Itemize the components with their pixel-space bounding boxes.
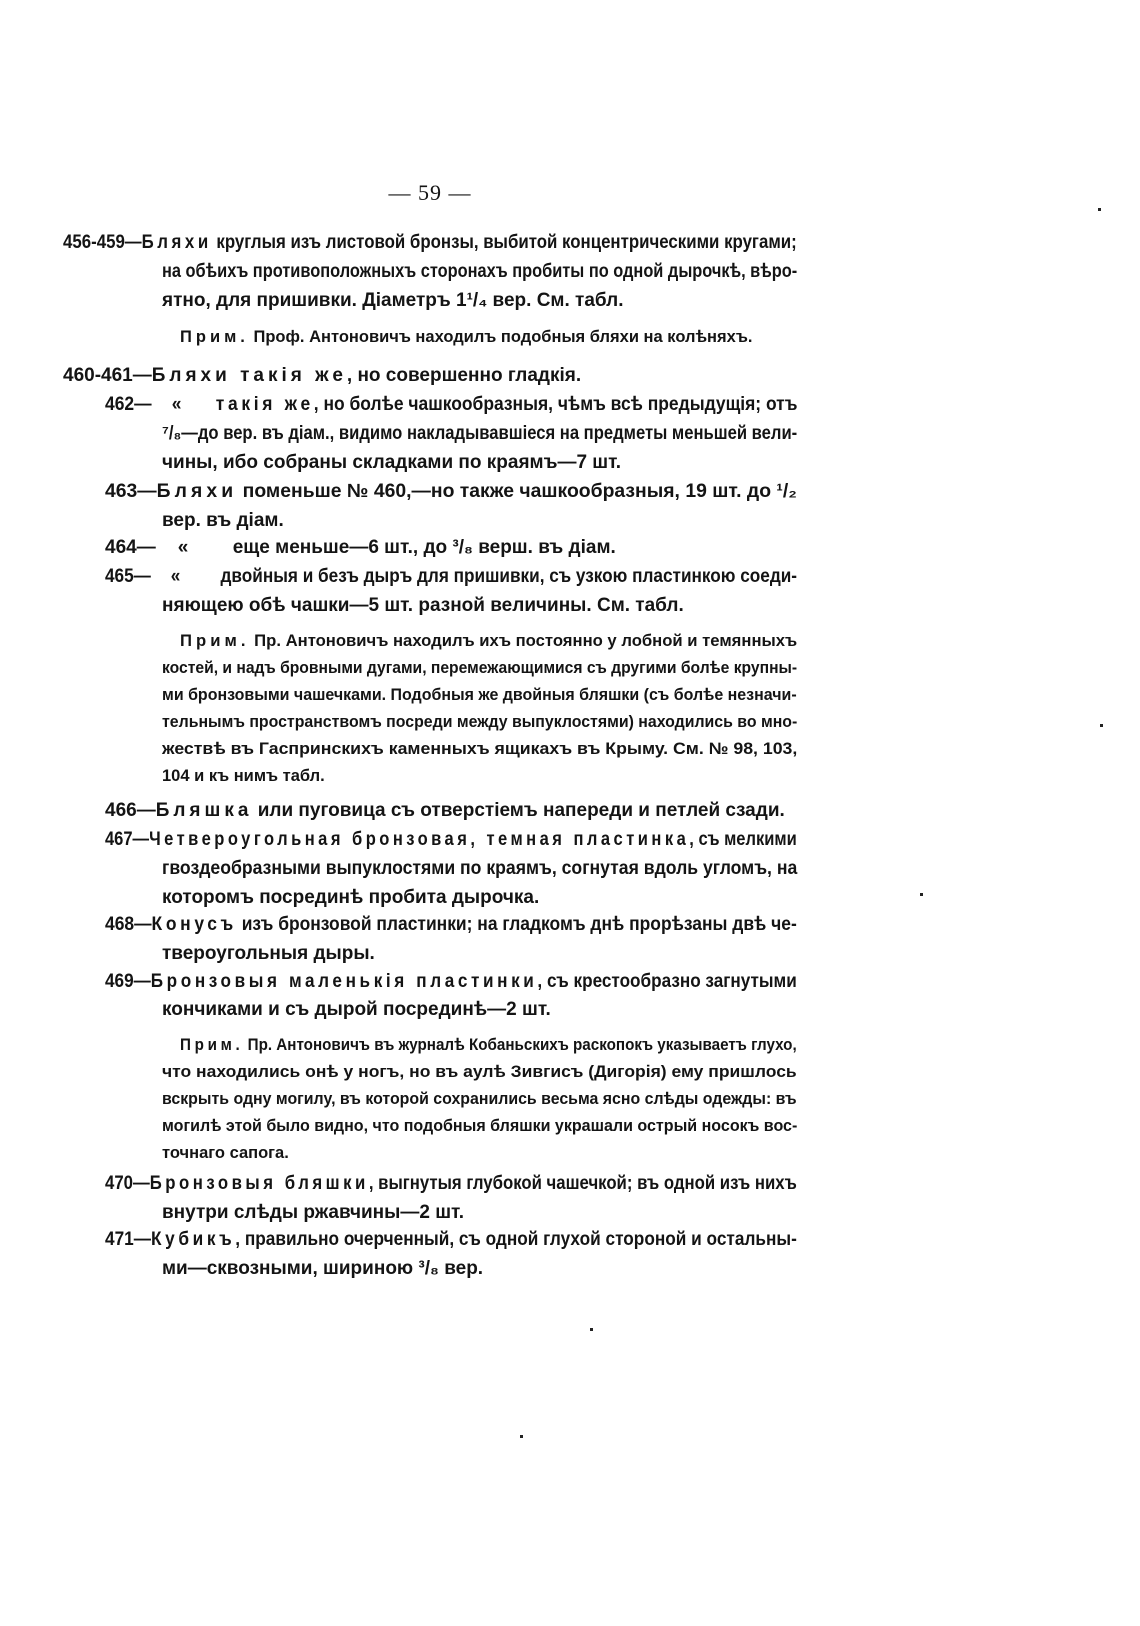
item-title: Бляхи <box>157 481 238 502</box>
item-text: , но болѣе чашкообразныя, чѣмъ всѣ преды… <box>314 394 798 415</box>
item-text: Пр. Антоновичъ въ журналѣ Кобаньскихъ ра… <box>243 1036 796 1054</box>
note-line: могилѣ этой было видно, что подобныя бля… <box>162 1112 797 1140</box>
entry-line: 460-461—Бляхи такія же, но совершенно гл… <box>63 362 581 390</box>
item-number: 467— <box>105 829 149 850</box>
item-number: 470— <box>105 1173 150 1194</box>
entry-line: твероугольныя дыры. <box>162 940 375 968</box>
item-title: Бляшка <box>156 800 253 821</box>
item-title: такія же <box>216 394 314 415</box>
item-title: Четвероугольная бронзовая, темная пласти… <box>149 829 689 850</box>
entry-line: 463—Бляхи поменьше № 460,—но также чашко… <box>105 478 797 506</box>
entry-line: чины, ибо собраны складками по краямъ—7 … <box>162 449 621 477</box>
entry-line: которомъ посрединѣ пробита дырочка. <box>162 884 539 912</box>
entry-line: 466—Бляшка или пуговица съ отверстіемъ н… <box>105 797 785 825</box>
note-line: тельнымъ пространствомъ посреди между вы… <box>162 708 797 736</box>
note-line: костей, и надъ бровными дугами, перемежа… <box>162 654 797 682</box>
entry-line: вер. въ діам. <box>162 507 284 535</box>
entry-line: 467—Четвероугольная бронзовая, темная пл… <box>105 826 797 854</box>
entry-line: ⁷/₈—до вер. въ діам., видимо накладывавш… <box>162 420 797 448</box>
page-number: — 59 — <box>0 180 860 206</box>
item-text: , правильно очерченный, съ одной глухой … <box>235 1229 797 1250</box>
note-line: что находились онѣ у ногъ, но въ аулѣ Зи… <box>162 1058 797 1086</box>
note-line: вскрыть одну могилу, въ которой сохранил… <box>162 1085 797 1113</box>
note-label: Прим. <box>180 328 249 346</box>
entry-line: 470—Бронзовыя бляшки, выгнутыя глубокой … <box>105 1170 797 1198</box>
item-number: 460-461— <box>63 365 152 386</box>
ditto-mark: « <box>171 563 221 591</box>
item-title: Бляхи <box>142 232 212 253</box>
item-text: , съ крестообразно загнутыми <box>537 971 796 992</box>
item-text: , съ мелкими <box>689 829 796 850</box>
scan-speck <box>1100 724 1103 727</box>
scan-speck <box>520 1435 523 1438</box>
scan-speck <box>590 1328 593 1331</box>
item-title: Кубикъ <box>151 1229 235 1250</box>
note-line: Прим. Пр. Антоновичъ находилъ ихъ постоя… <box>180 627 797 655</box>
ditto-mark: « <box>178 534 233 562</box>
ditto-mark: « <box>172 391 216 419</box>
item-text: круглыя изъ листовой бронзы, выбитой кон… <box>212 232 797 253</box>
item-text: или пуговица съ отверстіемъ напереди и п… <box>252 800 784 821</box>
entry-line: 471—Кубикъ, правильно очерченный, съ одн… <box>105 1226 797 1254</box>
item-number: 462— <box>105 394 152 415</box>
entry-line: кончиками и съ дырой посрединѣ—2 шт. <box>162 996 551 1024</box>
item-text: , но совершенно гладкія. <box>347 365 581 386</box>
note-label: Прим. <box>180 632 250 650</box>
note-line: точнаго сапога. <box>162 1139 289 1167</box>
item-text: двойныя и безъ дыръ для пришивки, съ узк… <box>221 566 798 587</box>
scan-speck <box>920 893 923 896</box>
scan-speck <box>1098 208 1101 211</box>
item-number: 465— <box>105 566 151 587</box>
note-line: жествѣ въ Гаспринскихъ каменныхъ ящикахъ… <box>162 735 797 763</box>
item-number: 469— <box>105 971 151 992</box>
note-line: ми бронзовыми чашечками. Подобныя же дво… <box>162 681 797 709</box>
entry-line: внутри слѣды ржавчины—2 шт. <box>162 1199 464 1227</box>
item-text: поменьше № 460,—но также чашкообразныя, … <box>237 481 797 502</box>
entry-line: 462—«такія же, но болѣе чашкообразныя, ч… <box>105 391 797 419</box>
item-title: Бронзовыя маленькія пластинки <box>151 971 538 992</box>
item-number: 466— <box>105 800 156 821</box>
item-title: Бляхи такія же <box>152 365 347 386</box>
entry-line: гвоздеобразными выпуклостями по краямъ, … <box>162 855 797 883</box>
item-number: 464— <box>105 537 156 558</box>
entry-line: ми—сквозными, шириною ³/₈ вер. <box>162 1255 483 1283</box>
entry-line: 464—«еще меньше—6 шт., до ³/₈ верш. въ д… <box>105 534 616 562</box>
item-text: , выгнутыя глубокой чашечкой; въ одной и… <box>369 1173 797 1194</box>
entry-line: няющею обѣ чашки—5 шт. разной величины. … <box>162 592 684 620</box>
note-line: Прим. Пр. Антоновичъ въ журналѣ Кобаньск… <box>180 1031 797 1059</box>
item-text: изъ бронзовой пластинки; на гладкомъ днѣ… <box>237 914 797 935</box>
item-title: Бронзовыя бляшки <box>150 1173 369 1194</box>
note-label: Прим. <box>180 1036 243 1054</box>
item-number: 463— <box>105 481 157 502</box>
entry-line: 469—Бронзовыя маленькія пластинки, съ кр… <box>105 968 797 996</box>
item-number: 471— <box>105 1229 151 1250</box>
entry-line: 468—Конусъ изъ бронзовой пластинки; на г… <box>105 911 797 939</box>
item-number: 456-459— <box>63 232 142 253</box>
item-number: 468— <box>105 914 152 935</box>
entry-line: 456-459—Бляхи круглыя изъ листовой бронз… <box>63 229 797 257</box>
note-line: Прим. Проф. Антоновичъ находилъ подобныя… <box>180 323 752 351</box>
entry-line: 465—«двойныя и безъ дыръ для пришивки, с… <box>105 563 797 591</box>
item-title: Конусъ <box>152 914 237 935</box>
note-line: 104 и къ нимъ табл. <box>162 762 325 790</box>
item-text: Пр. Антоновичъ находилъ ихъ постоянно у … <box>250 632 798 650</box>
item-text: еще меньше—6 шт., до ³/₈ верш. въ діам. <box>233 537 616 558</box>
entry-line: ятно, для пришивки. Діаметръ 1¹/₄ вер. С… <box>162 287 624 315</box>
item-text: Проф. Антоновичъ находилъ подобныя бляхи… <box>249 328 753 346</box>
entry-line: на обѣихъ противоположныхъ сторонахъ про… <box>162 258 797 286</box>
